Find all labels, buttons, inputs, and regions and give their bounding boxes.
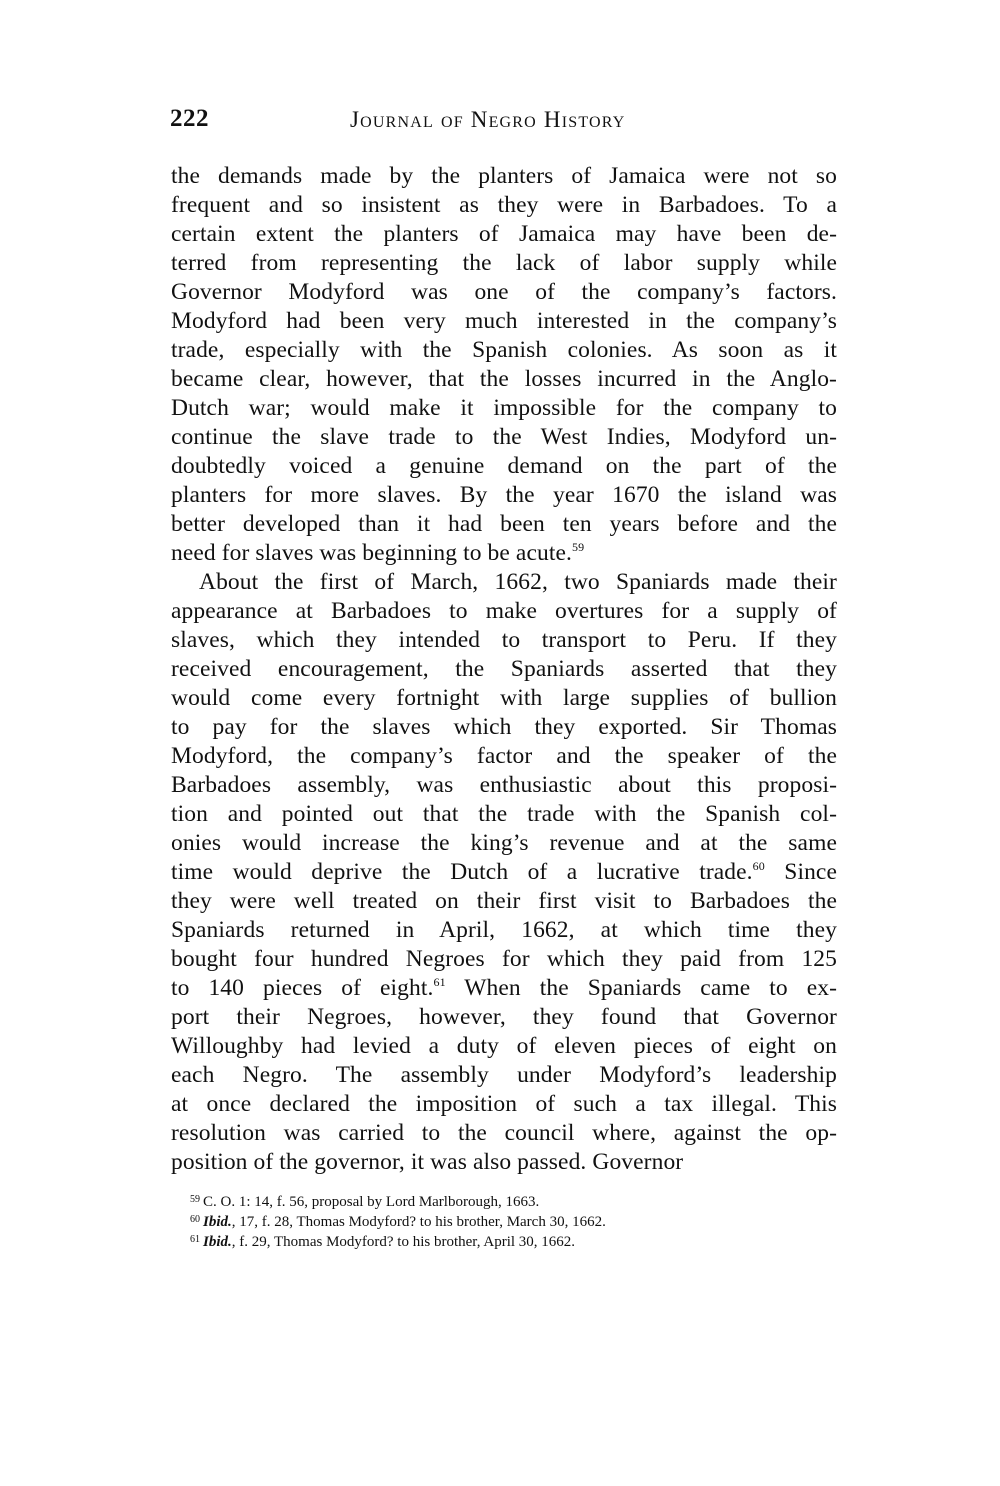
footnote-number: 60 xyxy=(190,1214,200,1225)
text-line: frequent and so insistent as they were i… xyxy=(171,191,837,220)
footnote-number: 61 xyxy=(190,1234,200,1245)
text-line: onies would increase the king’s revenue … xyxy=(171,829,837,858)
text-line: the demands made by the planters of Jama… xyxy=(171,162,837,191)
text-line: Modyford had been very much interested i… xyxy=(171,307,837,336)
text-line: continue the slave trade to the West Ind… xyxy=(171,423,837,452)
footnote-reference[interactable]: 60 xyxy=(753,859,765,873)
running-head: Journal of Negro History xyxy=(350,107,626,133)
text-line: Barbadoes assembly, was enthusiastic abo… xyxy=(171,771,837,800)
text-line: need for slaves was beginning to be acut… xyxy=(171,539,837,568)
text-line: position of the governor, it was also pa… xyxy=(171,1148,837,1177)
footnote: 60Ibid., 17, f. 28, Thomas Modyford? to … xyxy=(190,1210,830,1230)
text-line: time would deprive the Dutch of a lucrat… xyxy=(171,858,837,887)
text-line: became clear, however, that the losses i… xyxy=(171,365,837,394)
footnote-reference[interactable]: 61 xyxy=(434,975,446,989)
page-number: 222 xyxy=(170,105,209,133)
text-line: to pay for the slaves which they exporte… xyxy=(171,713,837,742)
text-line: Dutch war; would make it impossible for … xyxy=(171,394,837,423)
paragraph: the demands made by the planters of Jama… xyxy=(171,162,837,568)
footnote: 59C. O. 1: 14, f. 56, proposal by Lord M… xyxy=(190,1190,830,1210)
text-line: appearance at Barbadoes to make overture… xyxy=(171,597,837,626)
text-line: bought four hundred Negroes for which th… xyxy=(171,945,837,974)
text-line: Willoughby had levied a duty of eleven p… xyxy=(171,1032,837,1061)
text-line: they were well treated on their first vi… xyxy=(171,887,837,916)
body-text: the demands made by the planters of Jama… xyxy=(171,162,837,1177)
text-line: planters for more slaves. By the year 16… xyxy=(171,481,837,510)
text-line: port their Negroes, however, they found … xyxy=(171,1003,837,1032)
text-line: to 140 pieces of eight.61 When the Spani… xyxy=(171,974,837,1003)
text-line: received encouragement, the Spaniards as… xyxy=(171,655,837,684)
document-page: 222 Journal of Negro History the demands… xyxy=(0,0,1000,1486)
footnotes: 59C. O. 1: 14, f. 56, proposal by Lord M… xyxy=(190,1190,830,1250)
text-line: Governor Modyford was one of the company… xyxy=(171,278,837,307)
text-line: About the first of March, 1662, two Span… xyxy=(171,568,837,597)
paragraph: About the first of March, 1662, two Span… xyxy=(171,568,837,1177)
text-line: certain extent the planters of Jamaica m… xyxy=(171,220,837,249)
text-line: would come every fortnight with large su… xyxy=(171,684,837,713)
text-line: each Negro. The assembly under Modyford’… xyxy=(171,1061,837,1090)
page-header: 222 Journal of Negro History xyxy=(170,105,840,141)
text-line: slaves, which they intended to transport… xyxy=(171,626,837,655)
footnote: 61Ibid., f. 29, Thomas Modyford? to his … xyxy=(190,1230,830,1250)
text-line: trade, especially with the Spanish colon… xyxy=(171,336,837,365)
footnote-reference[interactable]: 59 xyxy=(572,540,584,554)
text-line: resolution was carried to the council wh… xyxy=(171,1119,837,1148)
text-line: tion and pointed out that the trade with… xyxy=(171,800,837,829)
text-line: better developed than it had been ten ye… xyxy=(171,510,837,539)
footnote-number: 59 xyxy=(190,1194,200,1205)
text-line: doubtedly voiced a genuine demand on the… xyxy=(171,452,837,481)
text-line: Modyford, the company’s factor and the s… xyxy=(171,742,837,771)
text-line: Spaniards returned in April, 1662, at wh… xyxy=(171,916,837,945)
text-line: at once declared the imposition of such … xyxy=(171,1090,837,1119)
text-line: terred from representing the lack of lab… xyxy=(171,249,837,278)
